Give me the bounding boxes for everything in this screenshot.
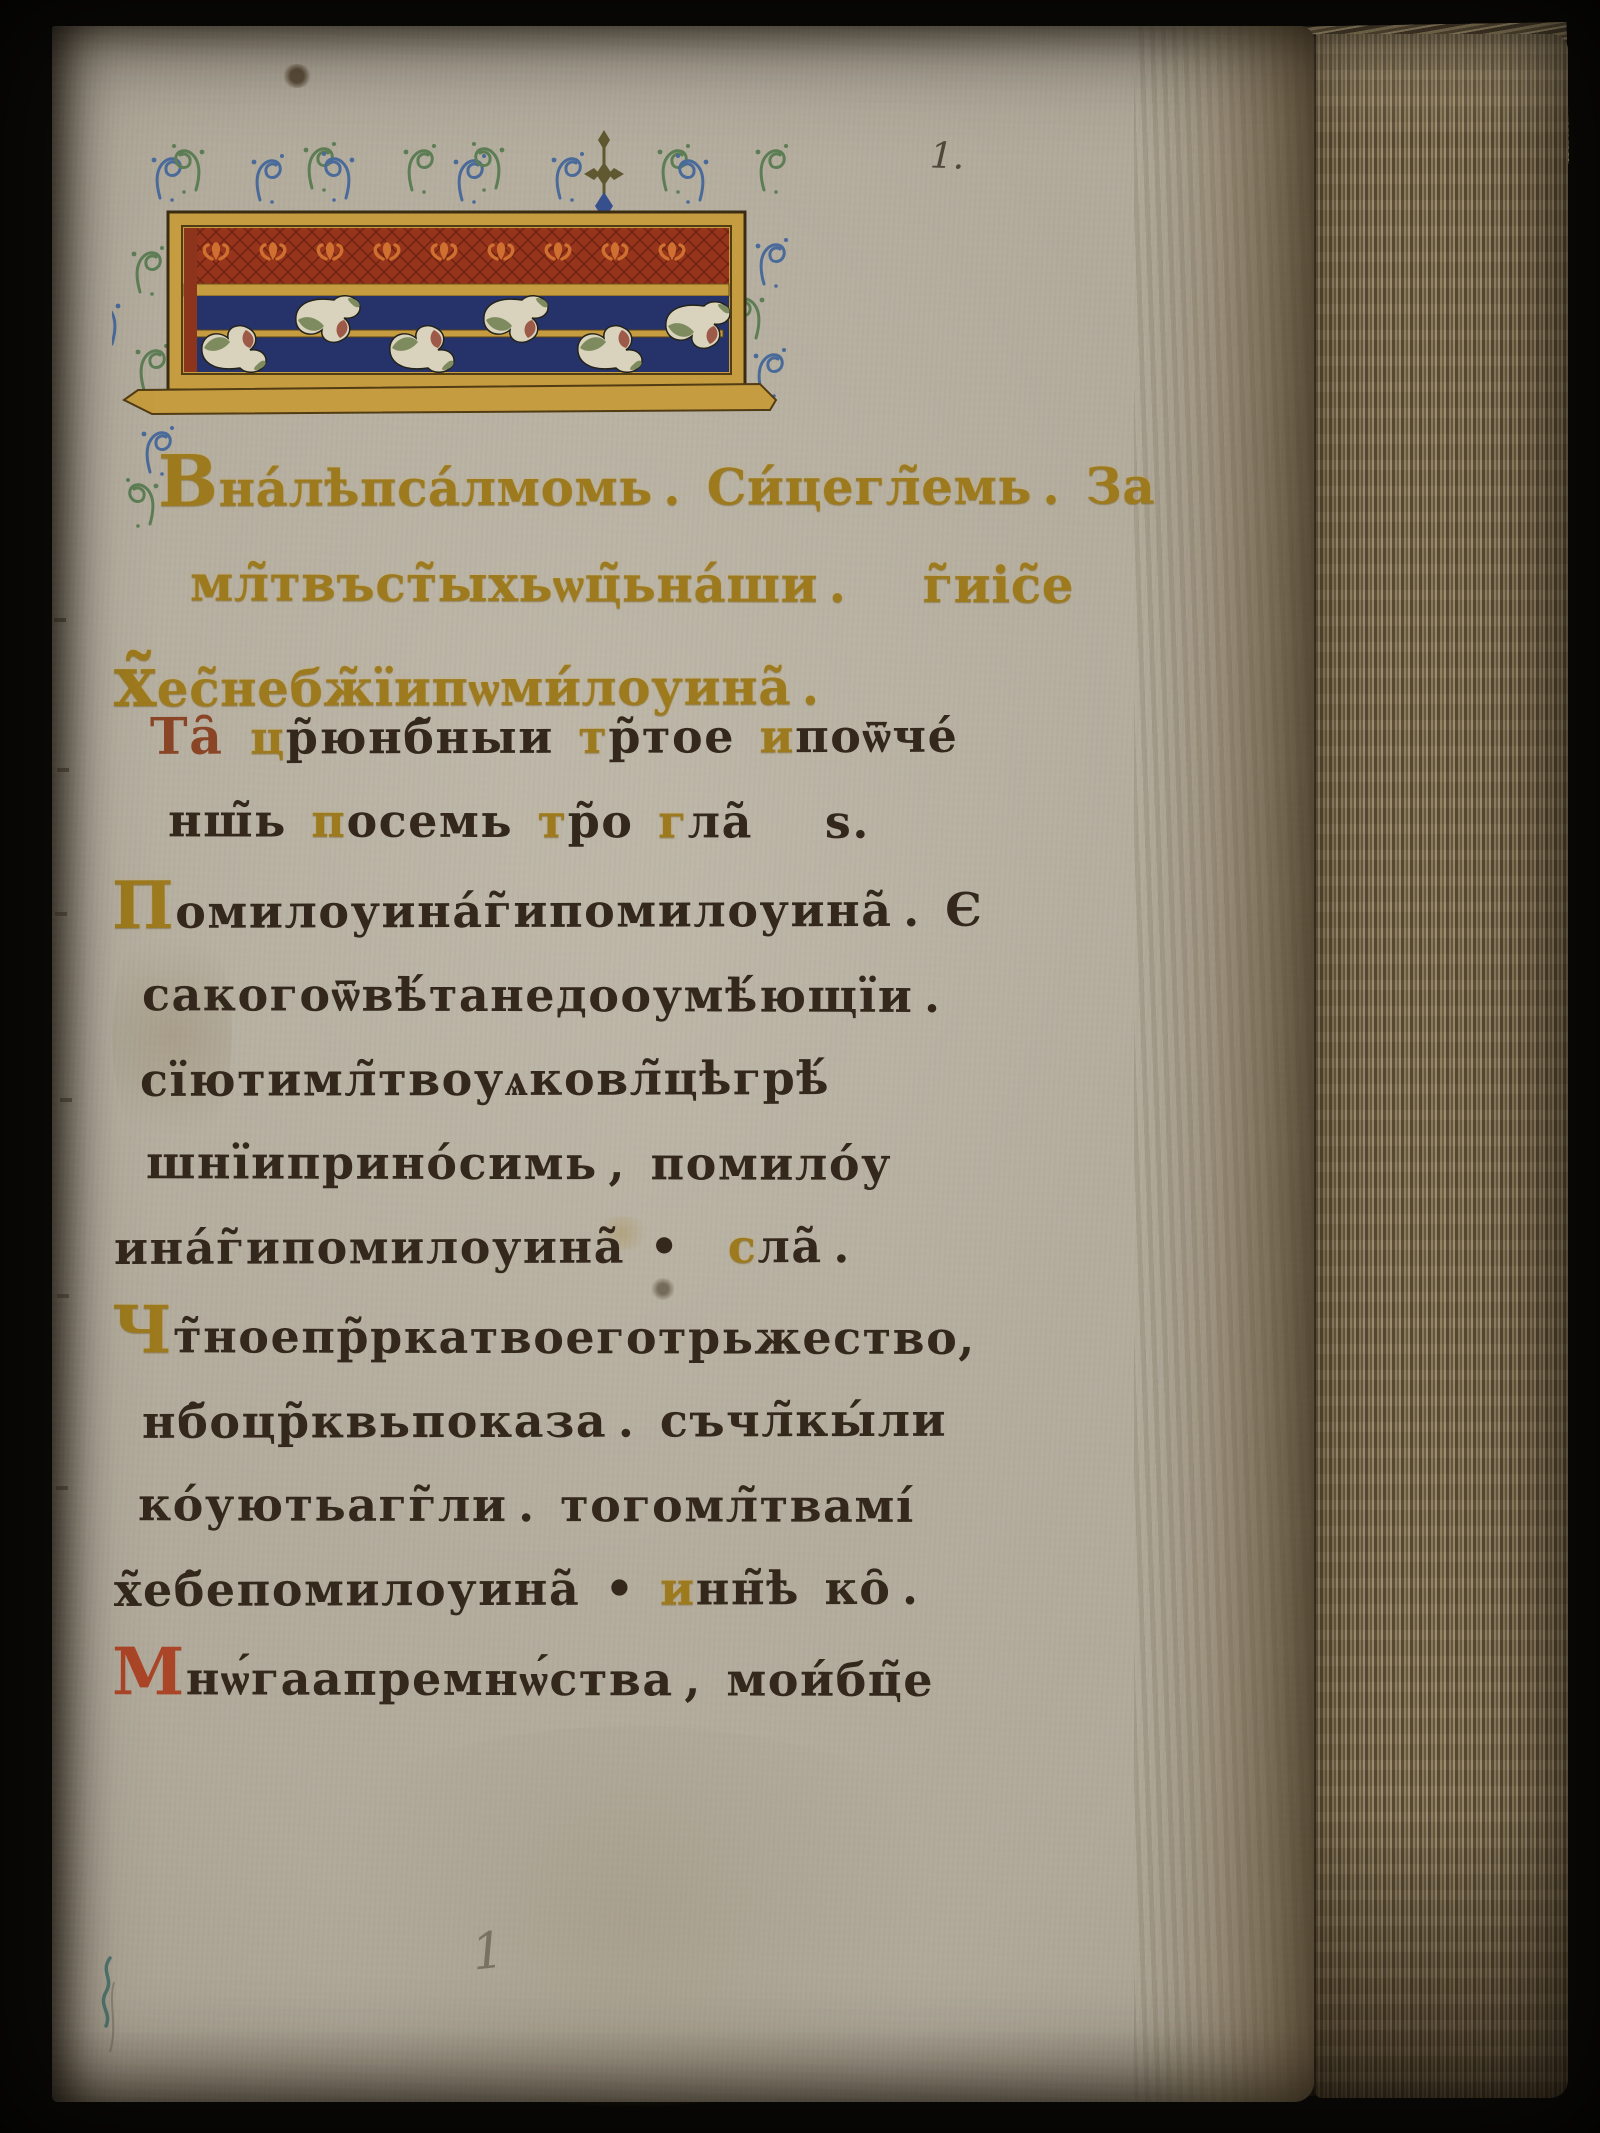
text-segment: х̃еб̃епомилоуина̃ • [114, 1562, 660, 1617]
fore-edge-shading [1314, 34, 1568, 2098]
text-segment: п [311, 794, 346, 848]
manuscript-line: х̃еб̃епомилоуина̃ • инн̃ѣ ко̑ . [112, 1546, 852, 1632]
manuscript-line: шнїиприно́симь , помило́у [112, 1120, 852, 1206]
text-segment: нѡ́гаапремнѡ́ства , мои́бц̃е [186, 1651, 934, 1707]
text-segment: т [578, 710, 608, 764]
text-segment: г [658, 794, 688, 848]
text-segment: т̃ноепр̃ркатвоеготрьжество, [173, 1309, 976, 1365]
manuscript-line: сїютимл̃твоуѧковл̃цѣгрѣ́ [112, 1036, 852, 1122]
text-segment: ла̃ ѕ. [688, 794, 870, 848]
manuscript-line: сакогоѿвѣ́танедооумѣ́ющїи . [112, 952, 852, 1038]
gold-title: Вна́лѣпса́лмомь . Си́цегл̃емь . Замл̃твъ… [112, 432, 852, 736]
text-segment: нн̃ѣ ко̑ . [696, 1561, 920, 1616]
text-segment: нб̃оцр̃квьпоказа . съчл̃кы́ли [142, 1393, 947, 1449]
text-segment: М [112, 1634, 186, 1710]
manuscript-line: Та̑ цр̃юнб̃ныи тр̃тое ипоѿче́ [112, 692, 852, 780]
text-segment: В [158, 439, 219, 523]
text-segment: ц [250, 711, 286, 765]
text-segment: ла̃ . [757, 1219, 851, 1273]
text-segment: омилоуина́г̃ипомилоуина̃ . Є [175, 883, 983, 939]
manuscript-line: нб̃оцр̃квьпоказа . съчл̃кы́ли [112, 1378, 852, 1464]
text-segment: и [660, 1561, 696, 1615]
text-segment: р̃юнб̃ныи [286, 710, 579, 765]
binding-stitch-marks [54, 618, 66, 622]
manuscript-line: Вна́лѣпса́лмомь . Си́цегл̃емь . За [112, 431, 852, 537]
manuscript-photo: Вна́лѣпса́лмомь . Си́цегл̃емь . Замл̃твъ… [0, 0, 1600, 2133]
edge-staining [1134, 26, 1314, 2102]
text-segment: с [728, 1219, 758, 1273]
text-segment: сїютимл̃твоуѧковл̃цѣгрѣ́ [140, 1051, 830, 1107]
manuscript-line: нш̃ь посемь тр̃о гла̃ ѕ. [112, 778, 852, 864]
manuscript-line: Мнѡ́гаапремнѡ́ства , мои́бц̃е [112, 1630, 852, 1722]
text-segment: поѿче́ [795, 709, 958, 763]
book-fore-edge [1314, 34, 1568, 2098]
page-number: 1. [929, 135, 965, 177]
text-segment: и [759, 709, 795, 763]
stain [282, 64, 312, 88]
manuscript-line: мл̃твъст̃ыхьѡц̃ьна́ши . г̃иіс̃е [112, 535, 852, 633]
text-segment: шнїиприно́симь , помило́у [146, 1135, 892, 1191]
binding-thread [84, 1952, 154, 2062]
text-segment: П [112, 868, 175, 944]
pencil-folio-mark: 1 [469, 1920, 507, 1981]
manuscript-line: ина́г̃ипомилоуина̃ • сла̃ . [112, 1204, 852, 1290]
base-rule [124, 384, 776, 414]
text-segment: на́лѣпса́лмомь . Си́цегл̃емь . За [218, 456, 1155, 517]
text-segment: нш̃ь [168, 793, 311, 847]
manuscript-line: Чт̃ноепр̃ркатвоеготрьжество, [112, 1288, 852, 1380]
manuscript-line: ко́уютьагг̃ли . тогомл̃твамі́ [112, 1462, 852, 1548]
text-segment: мл̃твъст̃ыхьѡц̃ьна́ши . г̃иіс̃е [190, 553, 1074, 614]
headpiece-band [124, 212, 776, 414]
body-text: Та̑ цр̃юнб̃ныи тр̃тое ипоѿче́нш̃ь посемь… [112, 693, 852, 1721]
text-segment: осемь [346, 794, 537, 848]
text-segment: т [538, 794, 568, 848]
stain [252, 1726, 1012, 2106]
text-segment: Та̑ [150, 706, 250, 766]
text-segment: р̃тое [608, 709, 759, 763]
text-segment: ина́г̃ипомилоуина̃ • [114, 1219, 728, 1275]
text-segment: ко́уютьагг̃ли . тогомл̃твамі́ [138, 1477, 915, 1533]
text-segment: р̃о [568, 794, 658, 848]
manuscript-line: Помилоуина́г̃ипомилоуина̃ . Є [112, 862, 852, 954]
text-segment: Ч [112, 1292, 173, 1368]
text-segment: сакогоѿвѣ́танедооумѣ́ющїи . [142, 967, 942, 1023]
